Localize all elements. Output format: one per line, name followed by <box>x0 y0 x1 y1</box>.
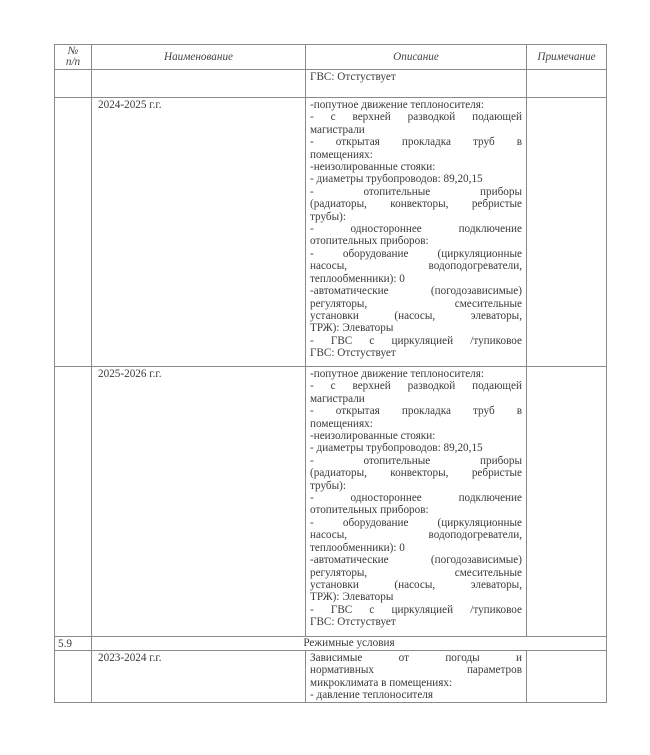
cell-num <box>55 70 92 98</box>
description-line: (радиаторы, конвекторы, ребристые <box>310 467 522 479</box>
description-line: регуляторы, смесительные <box>310 298 522 310</box>
cell-note <box>527 651 607 703</box>
header-row: № п/п Наименование Описание Примечание <box>55 45 607 70</box>
description-line: -автоматические (погодозависимые) <box>310 554 522 566</box>
description-line: магистрали <box>310 393 522 405</box>
description-line: - открытая прокладка труб в <box>310 136 522 148</box>
description-line: Зависимые от погоды и <box>310 652 522 664</box>
description-line: регуляторы, смесительные <box>310 567 522 579</box>
description-line: ТРЖ): Элеваторы <box>310 322 522 334</box>
description-line: - ГВС с циркуляцией /тупиковое <box>310 335 522 347</box>
description-line: нормативных параметров <box>310 664 522 676</box>
description-line: магистрали <box>310 124 522 136</box>
description-line: - открытая прокладка труб в <box>310 405 522 417</box>
description-line: -неизолированные стояки: <box>310 430 522 442</box>
cell-name: 2025-2026 г.г. <box>92 367 306 637</box>
table-row: 2024-2025 г.г. -попутное движение теплон… <box>55 98 607 367</box>
description-line: -попутное движение теплоносителя: <box>310 99 522 111</box>
cell-description: ГВС: Отстуствует <box>306 70 527 98</box>
description-line: - одностороннее подключение <box>310 223 522 235</box>
description-line: - давление теплоносителя <box>310 689 522 701</box>
description-line: микроклимата в помещениях: <box>310 677 522 689</box>
section-row: 5.9 Режимные условия <box>55 637 607 651</box>
cell-note <box>527 367 607 637</box>
description-line: установки (насосы, элеваторы, <box>310 310 522 322</box>
description-line: - отопительные приборы <box>310 186 522 198</box>
header-note: Примечание <box>527 45 607 70</box>
description-line: теплообменники): 0 <box>310 542 522 554</box>
description-line: ГВС: Отстуствует <box>310 616 522 628</box>
table-row: 2025-2026 г.г. -попутное движение теплон… <box>55 367 607 637</box>
description-line: - диаметры трубопроводов: 89,20,15 <box>310 173 522 185</box>
cell-num <box>55 98 92 367</box>
description-line: трубы): <box>310 480 522 492</box>
cell-description: Зависимые от погоды инормативных парамет… <box>306 651 527 703</box>
cell-note <box>527 98 607 367</box>
description-line: теплообменники): 0 <box>310 273 522 285</box>
description-line: - с верхней разводкой подающей <box>310 380 522 392</box>
description-line: - отопительные приборы <box>310 455 522 467</box>
description-line: ГВС: Отстуствует <box>310 347 522 359</box>
description-line: отопительных приборов: <box>310 504 522 516</box>
cell-description: -попутное движение теплоносителя:- с вер… <box>306 367 527 637</box>
description-line: помещениях: <box>310 418 522 430</box>
description-line: трубы): <box>310 211 522 223</box>
description-line: (радиаторы, конвекторы, ребристые <box>310 198 522 210</box>
description-line: насосы, водоподогреватели, <box>310 260 522 272</box>
cell-name: 2023-2024 г.г. <box>92 651 306 703</box>
description-line: отопительных приборов: <box>310 235 522 247</box>
table-row-continuation: ГВС: Отстуствует <box>55 70 607 98</box>
description-line: - диаметры трубопроводов: 89,20,15 <box>310 442 522 454</box>
description-line: - оборудование (циркуляционные <box>310 248 522 260</box>
section-number: 5.9 <box>55 637 92 651</box>
header-num: № п/п <box>55 45 92 70</box>
table-row: 2023-2024 г.г. Зависимые от погоды инорм… <box>55 651 607 703</box>
description-line: насосы, водоподогреватели, <box>310 529 522 541</box>
description-line: -неизолированные стояки: <box>310 161 522 173</box>
cell-num <box>55 651 92 703</box>
description-line: помещениях: <box>310 149 522 161</box>
description-line: установки (насосы, элеваторы, <box>310 579 522 591</box>
cell-num <box>55 367 92 637</box>
description-line: - ГВС с циркуляцией /тупиковое <box>310 604 522 616</box>
description-line: ТРЖ): Элеваторы <box>310 591 522 603</box>
header-num-line2: п/п <box>66 56 80 68</box>
description-line: - одностороннее подключение <box>310 492 522 504</box>
cell-note <box>527 70 607 98</box>
description-line: ГВС: Отстуствует <box>310 71 522 83</box>
section-title: Режимные условия <box>92 637 607 651</box>
description-line: -автоматические (погодозависимые) <box>310 285 522 297</box>
cell-description: -попутное движение теплоносителя:- с вер… <box>306 98 527 367</box>
description-line: - оборудование (циркуляционные <box>310 517 522 529</box>
cell-name: 2024-2025 г.г. <box>92 98 306 367</box>
header-name: Наименование <box>92 45 306 70</box>
description-line: -попутное движение теплоносителя: <box>310 368 522 380</box>
description-line: - с верхней разводкой подающей <box>310 111 522 123</box>
cell-name <box>92 70 306 98</box>
header-description: Описание <box>306 45 527 70</box>
document-table: № п/п Наименование Описание Примечание Г… <box>54 44 607 703</box>
